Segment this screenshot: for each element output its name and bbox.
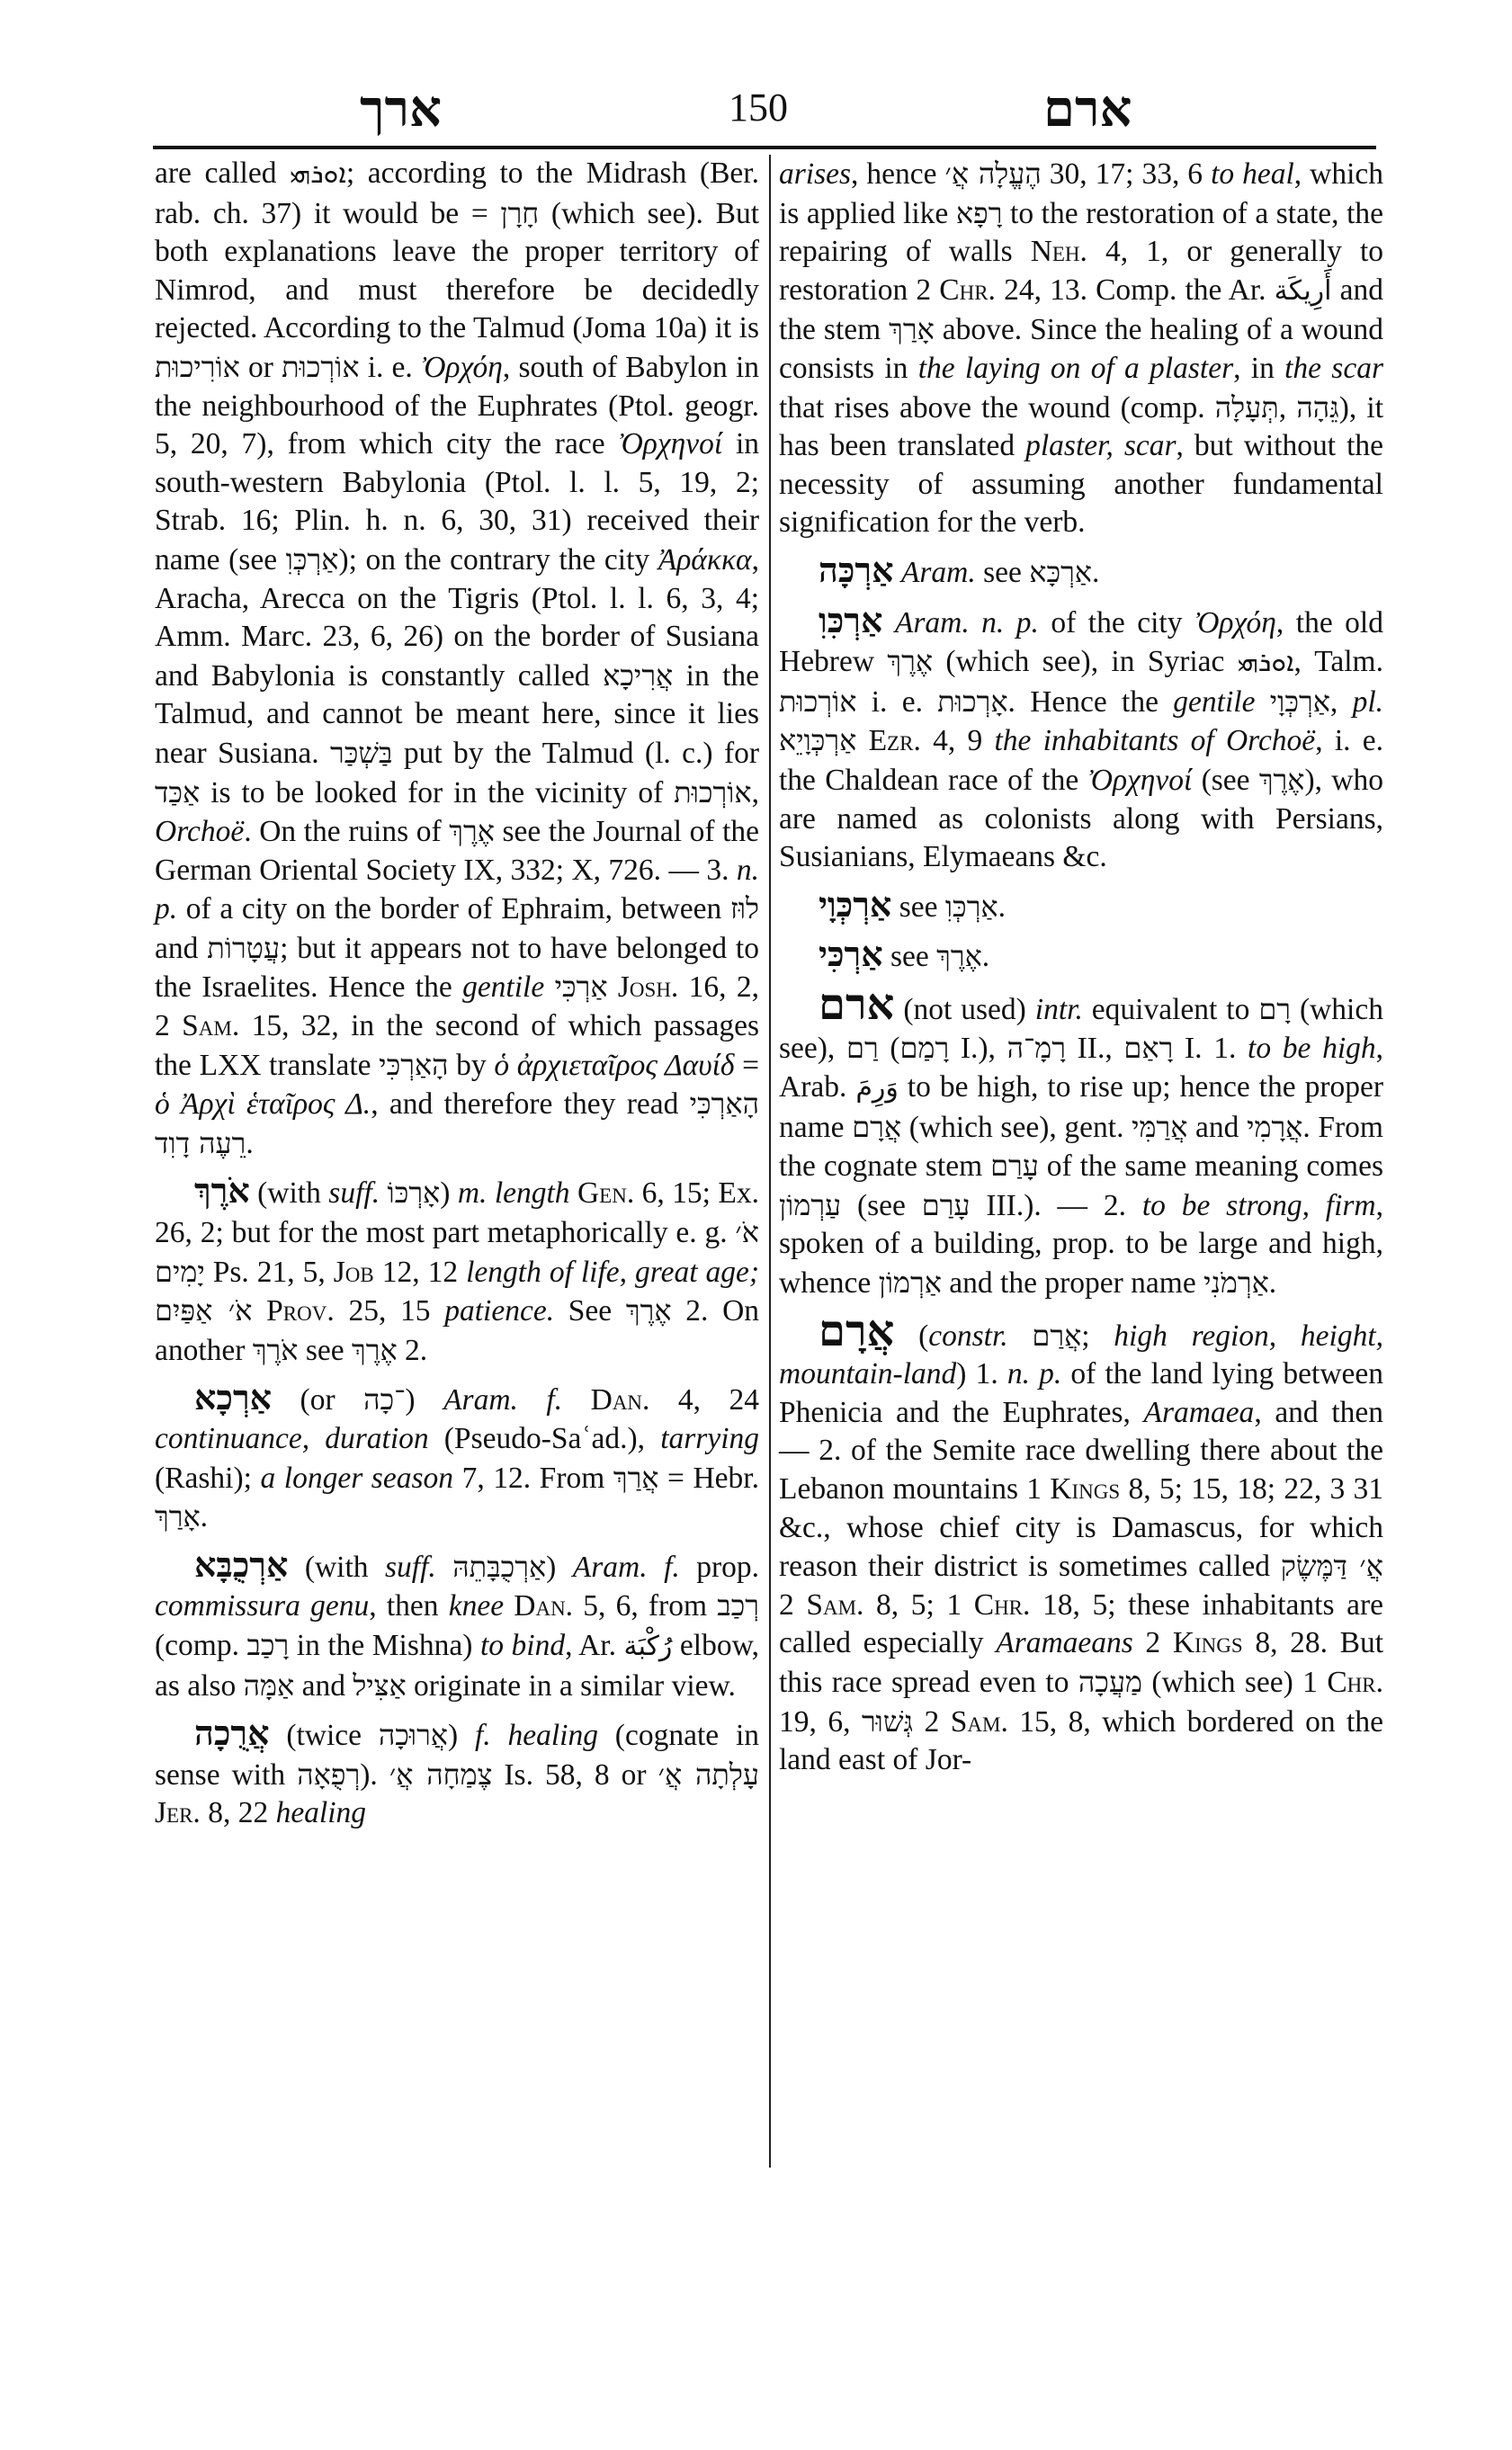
text: or <box>240 351 282 384</box>
italic-text: a longer season <box>260 1462 453 1495</box>
hebrew-word: עַרְמוֹן <box>779 1188 841 1222</box>
hebrew-word: אַרְכֻבָּתֵהּ <box>452 1550 546 1584</box>
book-abbrev: Sam. <box>182 1009 239 1042</box>
italic-text: f. healing <box>475 1719 598 1752</box>
text: (which see) 1 <box>1142 1666 1327 1699</box>
text: (comp. <box>155 1629 246 1662</box>
text: ) <box>440 1176 458 1210</box>
italic-text: to bind <box>480 1629 565 1662</box>
italic-text: tarrying <box>660 1422 759 1455</box>
hebrew-word: אַרְכְּוִ <box>945 890 998 924</box>
hebrew-word: אַרְכְּוִ <box>286 542 339 577</box>
entry-arka-aram: אַרְכָּה Aram. see אַרְכָּא. <box>779 551 1383 593</box>
entry-headword: אֲרָם <box>819 1306 894 1356</box>
text: ( <box>894 1319 928 1353</box>
syriac-word: ܐܘܪܗܝ <box>1238 647 1294 678</box>
text <box>894 556 901 589</box>
book-abbrev: Chr. <box>1327 1666 1383 1699</box>
entry-headword: אַרְכֻבָּא <box>194 1544 288 1585</box>
text: Ps. 21, 5, <box>205 1256 334 1289</box>
column-divider <box>769 155 771 2168</box>
greek-word: Ὀρχηνοί <box>618 427 722 460</box>
text: ) <box>405 1383 443 1417</box>
text <box>1008 1319 1033 1353</box>
entry-arkubba: אַרְכֻבָּא (with suff. אַרְכֻבָּתֵהּ) Ar… <box>155 1546 759 1705</box>
italic-text: Aramaeans <box>996 1626 1133 1659</box>
text: 4, 9 <box>921 724 995 757</box>
text: , <box>752 776 759 809</box>
text: (see <box>841 1189 922 1222</box>
hebrew-word: אֶרֶךְ <box>626 1293 672 1328</box>
text <box>856 724 868 757</box>
entry-headword: אַרְכִּי <box>819 934 883 974</box>
text: , <box>1330 685 1353 719</box>
text <box>1255 685 1269 719</box>
hebrew-word: רָמָ־ה <box>1007 1031 1066 1065</box>
text: see <box>891 890 945 924</box>
running-headword-left: ארך <box>360 79 442 139</box>
hebrew-word: רָכַב <box>246 1628 289 1662</box>
text: ) 1. <box>956 1357 1007 1390</box>
hebrew-word: אַרְכִּי <box>555 970 608 1004</box>
entry-arkew: אַרְכִּוִ Aram. n. p. of the city Ὀρχόη,… <box>779 602 1383 877</box>
text: = <box>734 1049 759 1082</box>
text: (which see), gent. <box>901 1111 1132 1144</box>
book-abbrev: Dan. <box>591 1383 650 1417</box>
text: . <box>1092 556 1099 589</box>
text: (not used) <box>894 993 1034 1026</box>
text: ) <box>546 1551 573 1584</box>
hebrew-word: עָרַם <box>922 1188 971 1222</box>
italic-text: the inhabitants of Orchoë <box>994 724 1315 757</box>
book-abbrev: Sam. <box>951 1705 1008 1739</box>
text: 2 <box>1133 1626 1173 1659</box>
text: . <box>246 1127 253 1160</box>
italic-text: suff. <box>385 1551 436 1584</box>
hebrew-word: רְכַב <box>717 1588 759 1623</box>
book-abbrev: Kings <box>1050 1472 1120 1506</box>
hebrew-word: אֲרִיכָא <box>603 658 673 693</box>
italic-text: plaster, scar <box>1025 429 1176 462</box>
text: ). <box>360 1758 389 1792</box>
entry-continuation-arukha: arises, hence הֶעֱלָה אֲ׳ 30, 17; 33, 6 … <box>779 155 1383 542</box>
hebrew-word: אַרְכָּא <box>1029 555 1092 589</box>
book-abbrev: Job <box>334 1256 374 1289</box>
italic-text: to be strong, firm <box>1142 1189 1376 1222</box>
text: See <box>554 1294 626 1328</box>
italic-text: Aram. f. <box>443 1383 562 1417</box>
italic-text: m. length <box>458 1176 570 1210</box>
text: I.), <box>949 1032 1007 1065</box>
text: , and therefore they read <box>371 1087 689 1121</box>
hebrew-word: אֶרֶךְ <box>887 644 933 678</box>
hebrew-word: אוֹרְכוּת <box>282 350 359 384</box>
italic-text: to be high <box>1248 1032 1376 1065</box>
hebrew-word: רָם <box>1258 992 1291 1026</box>
entry-continuation-erech: are called ܐܘܪܗܝ; according to the Midra… <box>155 155 759 1163</box>
hebrew-word: אוֹרְכוּת <box>674 775 751 809</box>
hebrew-word: עֲטָרוֹת <box>207 931 280 965</box>
book-abbrev: Chr. <box>939 273 996 307</box>
book-abbrev: Neh. <box>1031 235 1087 268</box>
right-column: arises, hence הֶעֱלָה אֲ׳ 30, 17; 33, 6 … <box>779 155 1383 1789</box>
hebrew-word: אַרְכְּוָיֵא <box>779 723 856 757</box>
book-abbrev: Sam. <box>806 1588 863 1622</box>
italic-text: patience. <box>444 1294 554 1328</box>
entry-arki: אַרְכִּי see אֶרֶךְ. <box>779 935 1383 977</box>
text: 4, 24 <box>649 1383 759 1417</box>
text: , <box>1279 391 1297 425</box>
text: (or <box>272 1383 363 1417</box>
text: 8, 22 <box>201 1796 276 1829</box>
arabic-word: رُكْبَة <box>624 1631 673 1662</box>
italic-text: the scar <box>1284 352 1383 385</box>
italic-text: Aram. f. <box>573 1551 680 1584</box>
hebrew-word: אֶרֶךְ <box>352 1333 398 1367</box>
italic-text: gentile <box>1173 685 1255 719</box>
entry-arukha: אֲרֻכָה (twice אֲרוּכָה) f. healing (cog… <box>155 1714 759 1833</box>
hebrew-word: אֲרָם <box>852 1110 901 1144</box>
book-abbrev: Gen. <box>577 1176 634 1210</box>
hebrew-word: הָאַרְכִּי <box>379 1048 448 1082</box>
left-column: are called ܐܘܪܗܝ; according to the Midra… <box>155 155 759 1842</box>
text: III.). — 2. <box>971 1189 1142 1222</box>
syriac-word: ܐܘܪܗܝ <box>290 158 346 190</box>
text: . Hence the <box>1008 685 1174 719</box>
italic-text: commissura genu <box>155 1589 369 1623</box>
hebrew-word: אוֹרִיכוּת <box>155 350 240 384</box>
text: 2. <box>398 1334 428 1367</box>
hebrew-word: רָפָא <box>956 196 1003 230</box>
text: II., <box>1066 1032 1123 1065</box>
hebrew-word: אָרְכוּת <box>937 684 1007 719</box>
text: equivalent to <box>1083 993 1258 1026</box>
greek-word: ὁ Ἀρχὶ ἑταῖρος Δ. <box>155 1087 371 1121</box>
text: is to be looked for in the vicinity of <box>200 776 674 809</box>
text: 2 <box>779 1588 806 1622</box>
text: . On the ruins of <box>244 815 449 848</box>
arabic-word: أَرِيكَة <box>1275 275 1332 307</box>
book-abbrev: Dan. <box>514 1589 573 1623</box>
entry-headword: אַרְכִּוִ <box>819 600 882 640</box>
entry-orech: אֹרֶךְ (with suff. אָרְכּוֹ) m. length G… <box>155 1172 759 1370</box>
italic-text: to heal <box>1211 157 1294 191</box>
entry-headword: אַרְכָּה <box>819 550 894 590</box>
text: (with <box>250 1176 329 1210</box>
hebrew-word: הֶעֱלָה אֲ׳ <box>945 156 1042 191</box>
hebrew-word: אֶרֶךְ <box>936 939 982 973</box>
text: and <box>155 932 207 965</box>
text: and <box>1187 1111 1247 1144</box>
text: (twice <box>270 1719 379 1752</box>
entry-headword: ארם <box>819 979 894 1030</box>
hebrew-word: עָרַם <box>990 1149 1039 1183</box>
page-number: 150 <box>729 85 788 130</box>
text: i. e. <box>856 685 937 719</box>
italic-text: Aram. n. p. <box>895 606 1039 639</box>
hebrew-word: אָרַךְ <box>155 1499 201 1533</box>
text <box>608 970 618 1004</box>
italic-text: pl. <box>1353 685 1383 719</box>
italic-text: n. p. <box>1007 1357 1061 1390</box>
greek-word: Ἀράκκα <box>658 543 752 577</box>
hebrew-word: אָרַךְ <box>889 312 935 346</box>
hebrew-word: רַם <box>846 1031 879 1065</box>
hebrew-word: אֲרַם <box>1032 1319 1081 1353</box>
entry-aram-noun: אֲרָם (constr. אֲרַם; high region, heigh… <box>779 1312 1383 1780</box>
header-rule <box>153 146 1376 149</box>
arabic-word: وَرِمَ <box>855 1072 899 1104</box>
text: that rises above the wound (comp. <box>779 391 1215 425</box>
hebrew-word: אֹרֶךְ <box>253 1333 299 1367</box>
text: = Hebr. <box>658 1462 759 1495</box>
hebrew-word: אֹ׳ אַפַּיִם <box>155 1293 252 1328</box>
italic-text: suff. <box>328 1176 380 1210</box>
text: (Rashi); <box>155 1462 260 1495</box>
entry-headword: אַרְכָא <box>194 1377 272 1417</box>
hebrew-word: ־כָה <box>363 1382 405 1417</box>
text: 12, 12 <box>374 1256 466 1289</box>
hebrew-word: חָרָן <box>500 196 539 230</box>
text: (Pseudo-Saʿad.), <box>429 1422 661 1455</box>
italic-text: Orchoë <box>155 815 244 848</box>
book-abbrev: Jer. <box>155 1796 201 1829</box>
text: are called <box>155 156 290 190</box>
greek-word: ὁ ἀρχιεταῖρος Δαυίδ <box>494 1049 734 1082</box>
text: i. e. <box>360 351 421 384</box>
entry-arka: אַרְכָא (or ־כָה) Aram. f. Dan. 4, 24 co… <box>155 1379 759 1536</box>
italic-text: intr. <box>1035 993 1083 1026</box>
text: (see <box>1192 764 1259 797</box>
text: ( <box>879 1032 900 1065</box>
book-abbrev: Kings <box>1173 1626 1243 1659</box>
text <box>380 1176 387 1210</box>
italic-text: healing <box>276 1796 366 1829</box>
hebrew-word: אַרְמֹנִי <box>1203 1265 1269 1300</box>
text: , Talm. <box>1294 645 1383 678</box>
italic-text: Aramaea <box>1144 1396 1255 1429</box>
book-abbrev: Chr. <box>974 1588 1031 1622</box>
text <box>544 970 554 1004</box>
hebrew-word: אָרְכּוֹ <box>388 1176 441 1210</box>
entry-headword: אֹרֶךְ <box>194 1170 250 1211</box>
text: by <box>449 1049 495 1082</box>
text <box>882 606 895 639</box>
text: 24, 13. Comp. the Ar. <box>996 273 1275 307</box>
italic-text: continuance, duration <box>155 1422 429 1455</box>
hebrew-word: בַּשְׁכַּר <box>330 736 392 770</box>
entry-headword: אֲרֻכָה <box>194 1712 270 1753</box>
hebrew-word: אֲרַמִּי <box>1132 1110 1187 1144</box>
hebrew-word: אַמָּה <box>244 1668 295 1703</box>
text: (which see), in Syriac <box>933 645 1238 678</box>
running-headword-right: ארם <box>1043 79 1132 139</box>
hebrew-word: אֶרֶךְ <box>449 814 495 848</box>
book-abbrev: Josh. <box>618 970 678 1004</box>
italic-text: knee <box>449 1589 504 1623</box>
text: and <box>294 1669 353 1703</box>
text <box>252 1294 266 1328</box>
text: ); on the contrary the city <box>338 543 658 577</box>
hebrew-word: רָאַם <box>1123 1031 1173 1065</box>
hebrew-word: גֵּהָה <box>1296 390 1338 425</box>
text: in the Mishna) <box>289 1629 480 1662</box>
hebrew-word: גְּשׁוּר <box>862 1704 913 1739</box>
hebrew-word: אֲרָמִי <box>1247 1110 1302 1144</box>
greek-word: Ὀρχόη <box>421 351 503 384</box>
text: , Ar. <box>565 1629 623 1662</box>
hebrew-word: לוּז <box>730 891 759 925</box>
italic-text: length of life, great age; <box>466 1256 759 1289</box>
text: I. 1. <box>1173 1032 1248 1065</box>
text: 2 <box>913 1705 951 1739</box>
italic-text: constr. <box>928 1319 1007 1353</box>
greek-word: Ὀρχόη <box>1194 606 1276 639</box>
text: and the proper name <box>942 1266 1203 1300</box>
text: . <box>201 1500 208 1533</box>
hebrew-word: אַכַּד <box>155 775 200 809</box>
italic-text: the laying on of a plaster <box>918 352 1233 385</box>
hebrew-word: אַרְמוֹן <box>879 1265 942 1300</box>
hebrew-word: אוֹרְכוּת <box>779 684 856 719</box>
text: see <box>883 940 937 973</box>
italic-text: gentile <box>462 970 544 1004</box>
text: of the city <box>1039 606 1194 639</box>
text: (with <box>288 1551 385 1584</box>
text: see <box>298 1334 352 1367</box>
text: . <box>998 890 1006 924</box>
italic-text: arises <box>779 157 851 191</box>
book-abbrev: Prov. <box>266 1294 335 1328</box>
hebrew-word: אַרְכְּוָי <box>1270 684 1330 719</box>
hebrew-word: אֲרוּכָה <box>379 1718 448 1752</box>
text <box>562 1383 591 1417</box>
text: of a city on the border of Ephraim, betw… <box>177 892 730 925</box>
entry-arkewai: אַרְכְּוָי see אַרְכְּוִ. <box>779 886 1383 927</box>
text: , hence <box>851 157 944 191</box>
hebrew-word: מַעֲכָה <box>1078 1665 1142 1699</box>
text: 19, 6, <box>779 1705 862 1739</box>
text: put by the Talmud (l. c.) for <box>392 737 759 770</box>
text: see <box>976 556 1030 589</box>
hebrew-word: אֲרַךְ <box>613 1461 659 1495</box>
entry-headword: אַרְכְּוָי <box>819 884 891 925</box>
text: 30, 17; 33, 6 <box>1042 157 1211 191</box>
text: prop. <box>680 1551 759 1584</box>
text <box>504 1589 514 1623</box>
text: 8, 5; 1 <box>863 1588 973 1622</box>
book-abbrev: Ezr. <box>869 724 921 757</box>
text: 7, 12. From <box>453 1462 613 1495</box>
hebrew-word: אֶרֶךְ <box>1259 763 1305 797</box>
hebrew-word: תְּעָלָה <box>1215 390 1279 425</box>
text: ) <box>448 1719 475 1752</box>
text: 25, 15 <box>335 1294 445 1328</box>
text <box>570 1176 577 1210</box>
text: , in <box>1233 352 1284 385</box>
text: originate in a similar view. <box>407 1669 736 1703</box>
hebrew-word: אֲ׳ דַּמֶּשֶׂק <box>1281 1549 1383 1583</box>
text: 5, 6, from <box>573 1589 717 1623</box>
text: ; <box>1081 1319 1114 1353</box>
greek-word: Ὀρχηνοί <box>1087 764 1192 797</box>
text: Is. 58, 8 or <box>492 1758 658 1792</box>
text: of the same meaning comes <box>1039 1149 1383 1183</box>
text: . <box>1269 1266 1276 1300</box>
hebrew-word: עָלְתָה אֲ׳ <box>658 1757 759 1792</box>
italic-text: Aram. <box>901 556 976 589</box>
hebrew-word: אַצִּיל <box>353 1668 406 1703</box>
text <box>436 1551 452 1584</box>
page-header: ארך 150 ארם <box>153 79 1376 142</box>
hebrew-word: רְפֻאָה <box>297 1757 360 1792</box>
text: . <box>982 940 989 973</box>
hebrew-word: רָמַם <box>900 1031 950 1065</box>
text: , then <box>369 1589 448 1623</box>
hebrew-word: צֶמַחָה אֲ׳ <box>389 1757 493 1792</box>
entry-aram-root: ארם (not used) intr. equivalent to רָם (… <box>779 986 1383 1303</box>
